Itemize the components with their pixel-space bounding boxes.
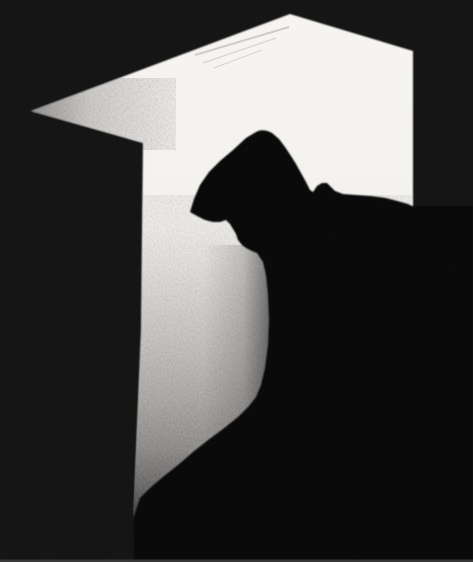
photograph <box>0 0 473 562</box>
film-grain-overlay <box>0 0 473 562</box>
photo-canvas <box>0 0 473 562</box>
